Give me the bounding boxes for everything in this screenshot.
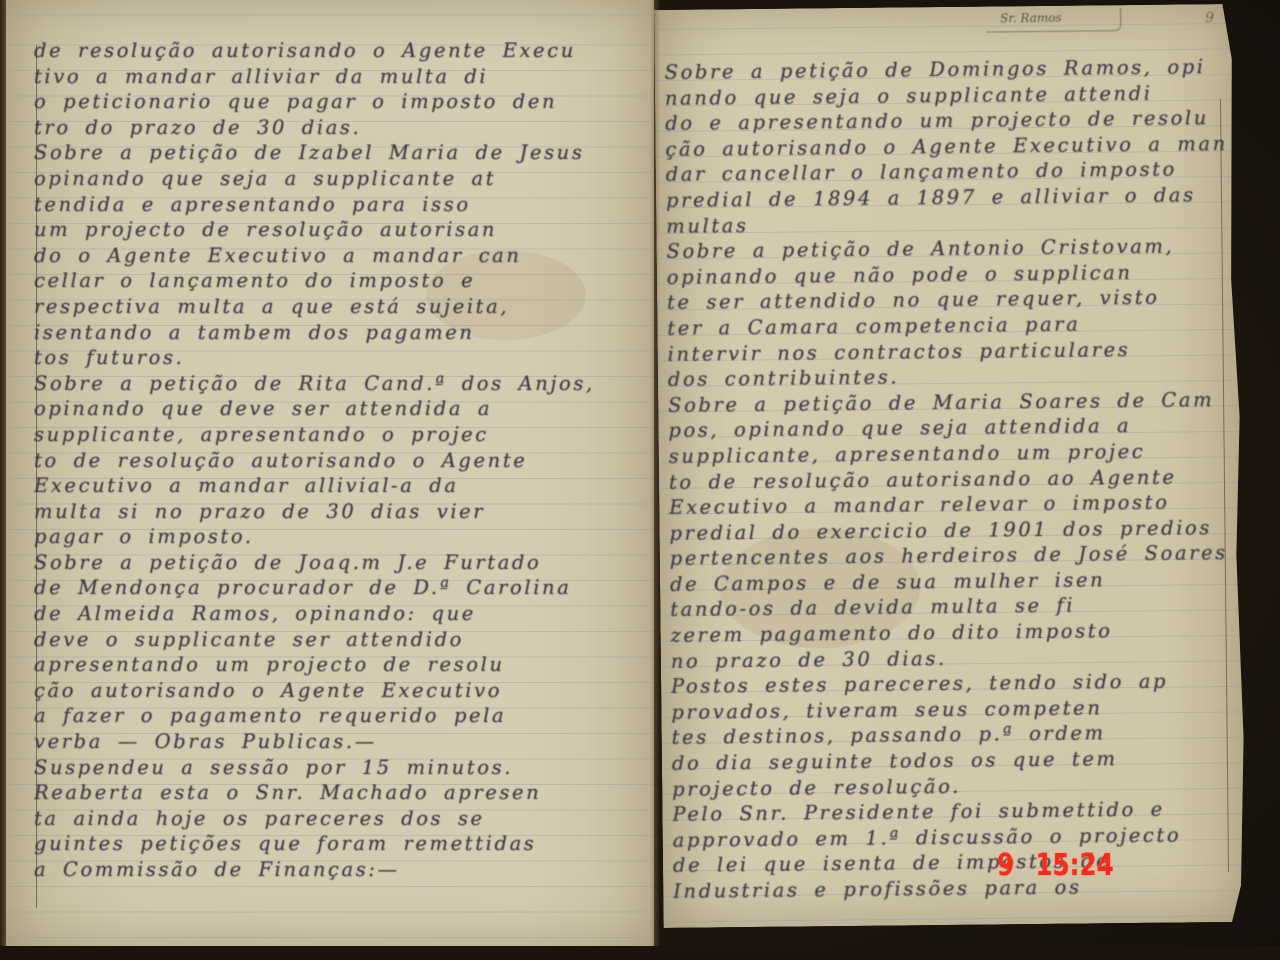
handwritten-line: Executivo a mandar allivial-a da [34, 473, 634, 499]
timestamp-time: 15:24 [1035, 848, 1113, 883]
handwritten-line: tivo a mandar alliviar da multa di [34, 64, 634, 90]
page-number: 9 [1205, 10, 1214, 26]
handwritten-line: tendida e apresentando para isso [34, 192, 634, 218]
handwritten-line: apresentando um projecto de resolu [34, 652, 634, 678]
handwritten-line: supplicante, apresentando o projec [34, 422, 634, 448]
handwritten-line: Sobre a petição de Joaq.m J.e Furtado [34, 550, 634, 576]
handwritten-line: o peticionario que pagar o imposto den [34, 89, 634, 115]
handwritten-line: deve o supplicante ser attendido [34, 627, 634, 653]
handwritten-line: opinando que seja a supplicante at [34, 166, 634, 192]
handwritten-line: de resolução autorisando o Agente Execu [34, 38, 634, 64]
handwritten-line: isentando a tambem dos pagamen [34, 320, 634, 346]
handwritten-line: Reaberta esta o Snr. Machado apresen [34, 780, 634, 806]
handwritten-line: Sobre a petição de Rita Cand.ª dos Anjos… [34, 371, 634, 397]
handwritten-line: respectiva multa a que está sujeita, [34, 294, 634, 320]
handwritten-line: tro do prazo de 30 dias. [34, 115, 634, 141]
handwritten-line: ta ainda hoje os pareceres dos se [34, 806, 634, 832]
handwritten-line: cellar o lançamento do imposto e [34, 268, 634, 294]
header-note: Sr. Ramos [986, 8, 1121, 32]
handwritten-line: tos futuros. [34, 345, 634, 371]
camera-timestamp: 915:24 [997, 848, 1114, 883]
handwritten-line: ção autorisando o Agente Executivo [34, 678, 634, 704]
handwritten-line: to de resolução autorisando o Agente [34, 448, 634, 474]
handwritten-line: pagar o imposto. [34, 524, 634, 550]
handwritten-line: do o Agente Executivo a mandar can [34, 243, 634, 269]
left-page-handwriting: de resolução autorisando o Agente Execut… [34, 38, 634, 883]
handwritten-line: a fazer o pagamento requerido pela [34, 703, 634, 729]
handwritten-line: opinando que deve ser attendida a [34, 396, 634, 422]
handwritten-line: guintes petições que foram remettidas [34, 831, 634, 857]
timestamp-day: 9 [997, 848, 1014, 883]
handwritten-line: Industrias e profissões para os [673, 873, 1233, 904]
handwritten-line: de Almeida Ramos, opinando: que [34, 601, 634, 627]
right-page: Sr. Ramos 9 Sobre a petição de Domingos … [654, 4, 1250, 928]
ledger-photo: de resolução autorisando o Agente Execut… [0, 0, 1280, 960]
handwritten-line: a Commissão de Finanças:— [34, 857, 634, 883]
book-gutter [650, 0, 660, 950]
right-page-handwriting: Sobre a petição de Domingos Ramos, opina… [665, 54, 1234, 904]
handwritten-line: multa si no prazo de 30 dias vier [34, 499, 634, 525]
left-page: de resolução autorisando o Agente Execut… [6, 0, 654, 950]
handwritten-line: Sobre a petição de Izabel Maria de Jesus [34, 140, 634, 166]
handwritten-line: de Mendonça procurador de D.ª Carolina [34, 575, 634, 601]
handwritten-line: Suspendeu a sessão por 15 minutos. [34, 755, 634, 781]
handwritten-line: verba — Obras Publicas.— [34, 729, 634, 755]
table-surface [0, 946, 1280, 960]
handwritten-line: um projecto de resolução autorisan [34, 217, 634, 243]
